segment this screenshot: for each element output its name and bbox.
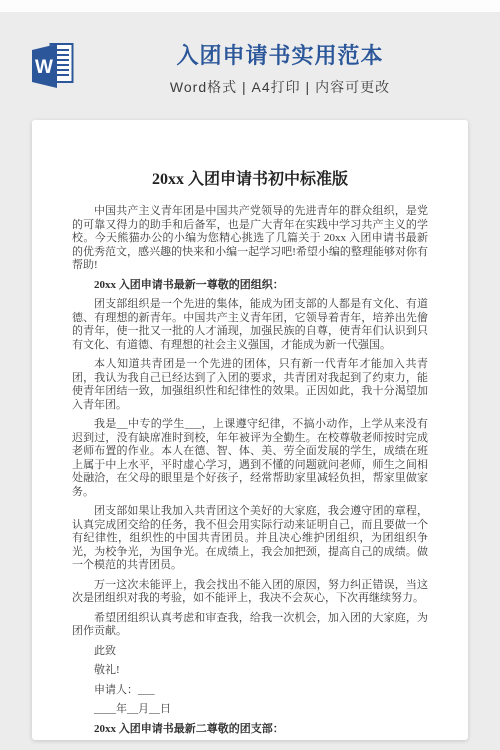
header-text: 入团申请书实用范本 Word格式 | A4打印 | 内容可更改 (60, 12, 500, 97)
doc-paragraph: ____年__月__日 (72, 703, 428, 717)
document-preview-page: 20xx 入团申请书初中标准版 中国共产主义青年团是中国共产党领导的先进青年的群… (32, 120, 468, 740)
doc-paragraph: 希望团组织认真考虑和审查我，给我一次机会，加入团的大家庭，为团作贡献。 (72, 612, 428, 639)
doc-paragraph: 此致 (72, 645, 428, 659)
page-subtitle: Word格式 | A4打印 | 内容可更改 (60, 77, 500, 97)
doc-paragraph: 中国共产主义青年团是中国共产党领导的先进青年的群众组织，是党的可靠又得力的助手和… (72, 205, 428, 273)
doc-paragraph: 团支部如果让我加入共青团这个美好的大家庭，我会遵守团的章程，认真完成团交给的任务… (72, 505, 428, 573)
top-strip (0, 0, 500, 12)
doc-paragraph: 万一这次未能评上，我会找出不能入团的原因，努力纠正错误，当这次是团组织对我的考验… (72, 579, 428, 606)
document-title: 20xx 入团申请书初中标准版 (72, 166, 428, 189)
doc-heading: 20xx 入团申请书最新一尊敬的团组织： (72, 279, 428, 293)
doc-paragraph: 我是__中专的学生___，上课遵守纪律，不搞小动作，上学从来没有迟到过，没有缺席… (72, 418, 428, 499)
doc-paragraph: 申请人：___ (72, 684, 428, 698)
svg-text:W: W (35, 57, 53, 78)
document-body: 中国共产主义青年团是中国共产党领导的先进青年的群众组织，是党的可靠又得力的助手和… (72, 205, 428, 736)
doc-paragraph: 本人知道共青团是一个先进的团体，只有新一代青年才能加入共青团，我认为我自己已经达… (72, 358, 428, 412)
page-title: 入团申请书实用范本 (60, 44, 500, 68)
doc-heading: 20xx 入团申请书最新二尊敬的团支部： (72, 723, 428, 737)
doc-paragraph: 团支部组织是一个先进的集体，能成为团支部的人都是有文化、有道德、有理想的新青年。… (72, 298, 428, 352)
word-icon: W (31, 41, 75, 89)
doc-paragraph: 敬礼! (72, 664, 428, 678)
header: W 入团申请书实用范本 Word格式 | A4打印 | 内容可更改 (0, 12, 500, 120)
